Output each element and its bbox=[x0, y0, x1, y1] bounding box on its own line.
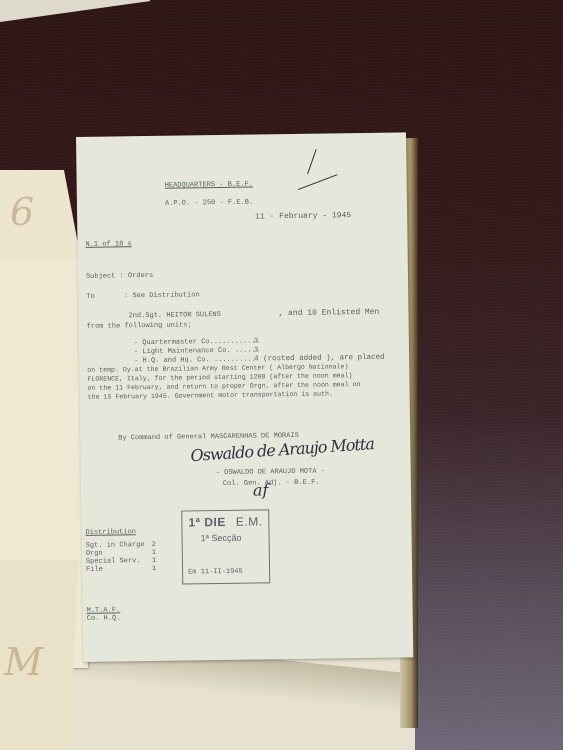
unit-count: 4 (rosted added ), are placed bbox=[254, 354, 385, 364]
handwritten-initials: af bbox=[253, 486, 269, 495]
page-number-mark bbox=[307, 149, 316, 174]
signatory-title: Col. Gen. Adj. - B.E.F. bbox=[223, 479, 320, 489]
received-stamp: 1ª DIEE.M. 1ª Secção Em 11-II-1945 bbox=[181, 509, 270, 584]
scrap-handwriting: 6 bbox=[10, 190, 34, 234]
folded-paper-scrap-bottom: M bbox=[0, 560, 78, 750]
handwritten-signature: Oswaldo de Araujo Motta bbox=[190, 440, 374, 461]
to-line: To : See Distribution bbox=[86, 291, 200, 301]
unit-count: 3 bbox=[254, 337, 258, 346]
soldier-name: 2nd.Sgt. HEITOR SULENS bbox=[128, 311, 221, 321]
stamp-section: 1ª Secção bbox=[201, 534, 242, 543]
stamp-division: 1ª DIEE.M. bbox=[188, 517, 262, 527]
unit-count: 3 bbox=[254, 346, 258, 355]
stamp-date: Em 11-II-1945 bbox=[188, 568, 243, 577]
distribution-count: 1 bbox=[152, 565, 156, 574]
header-unit: HEADQUARTERS - B.E.F. bbox=[165, 181, 253, 191]
enlisted-men: , and 10 Enlisted Men bbox=[278, 309, 379, 319]
typed-document-page: HEADQUARTERS - B.E.F. A.P.O. - 250 - F.E… bbox=[76, 132, 413, 662]
distribution-heading: Distribution bbox=[85, 528, 136, 537]
subject-line: Subject : Orders bbox=[86, 272, 153, 281]
scrap-handwriting: M bbox=[4, 640, 43, 684]
signatory-typed-name: - OSWALDO DE ARAUJO MOTA - bbox=[216, 468, 325, 478]
header-date: 11 - February - 1945 bbox=[255, 212, 351, 222]
units-intro: from the following units; bbox=[87, 321, 192, 331]
page-number-underline bbox=[298, 174, 338, 190]
footer-line: Co. H.Q. bbox=[87, 614, 121, 623]
header-apo: A.P.O. - 250 - F.E.B. bbox=[165, 199, 253, 209]
copy-number: N.1 of 18 s bbox=[85, 240, 131, 249]
distribution-label: File bbox=[86, 566, 103, 575]
